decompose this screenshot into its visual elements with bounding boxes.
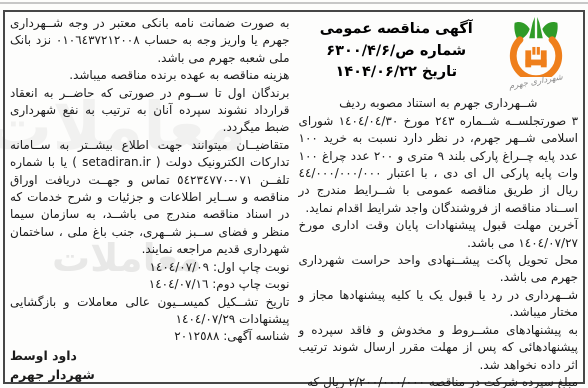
page-top-rule: [0, 2, 588, 4]
ad-id-paragraph: شناسه آگهی: ٢٠١٢٥٨٨: [10, 328, 290, 345]
municipality-logo: شهرداری جهرم: [494, 15, 578, 91]
newspaper-ad-page: معاملات معاملات: [0, 0, 588, 388]
contact-info-paragraph: متقاضیــان میتوانند جهت اطلاع بیشــتر به…: [10, 137, 290, 259]
ad-title: آگهی مناقصه عمومی: [299, 19, 495, 41]
signatory-title: شهردار جهرم: [10, 365, 290, 384]
castle-icon: [525, 47, 546, 67]
winners-paragraph: برندگان اول تا ســوم در صورتی که حاضــر …: [10, 85, 290, 137]
commission-date-paragraph: تاریخ تشــکیل کمیســیون عالی معاملات و ب…: [10, 294, 290, 329]
municipality-logo-icon: [497, 15, 575, 77]
ad-date: تاریخ ۱۴۰۴/۰۶/۲۲: [299, 62, 495, 84]
left-column: به صورت ضمانت نامه بانکی معتبر در وجه شـ…: [10, 15, 290, 379]
right-column: شهرداری جهرم آگهی مناقصه عمومی شماره ص/۶…: [299, 15, 579, 379]
second-print-date: نوبت چاپ دوم: ١٤٠٤/٠٧/١٦: [10, 276, 290, 293]
invalid-bids-paragraph: به پیشنهادهای مشــروط و مخدوش و فاقد سپر…: [299, 322, 579, 374]
ad-number: شماره ص/۶۳۰۰/۴/۶: [299, 41, 495, 63]
deposit-amount-paragraph: مبلغ سپرده شرکت در مناقصه ٢/٢٠٠/٠٠٠/٠٠٠ …: [299, 374, 579, 388]
tender-ad-frame: شهرداری جهرم آگهی مناقصه عمومی شماره ص/۶…: [3, 10, 585, 384]
tender-paragraph: ٣ صورتجلســه شــماره ٢٤٣ مورخ ١٤٠٤/٠٤/٣٠…: [299, 113, 579, 217]
delivery-place-paragraph: محل تحویل پاکت پیشــنهادی واحد حراست شهر…: [299, 252, 579, 287]
deadline-paragraph: آخرین مهلت قبول پیشنهادات پایان وقت ادار…: [299, 217, 579, 252]
ad-title-block: آگهی مناقصه عمومی شماره ص/۶۳۰۰/۴/۶ تاریخ…: [299, 15, 495, 84]
ad-header: شهرداری جهرم آگهی مناقصه عمومی شماره ص/۶…: [299, 15, 579, 91]
cost-paragraph: هزینه مناقصه به عهده برنده مناقصه میباشد…: [10, 67, 290, 84]
signatory-name: داود اوسط: [10, 346, 290, 365]
deposit-method-paragraph: به صورت ضمانت نامه بانکی معتبر در وجه شـ…: [10, 15, 290, 67]
intro-line: شــهرداری جهرم به استناد مصوبه ردیف: [299, 95, 579, 112]
rejection-right-paragraph: شــهرداری در رد یا قبول یک یا کلیه پیشنه…: [299, 287, 579, 322]
first-print-date: نوبت چاپ اول: ١٤٠٤/٠٧/٠٩: [10, 259, 290, 276]
